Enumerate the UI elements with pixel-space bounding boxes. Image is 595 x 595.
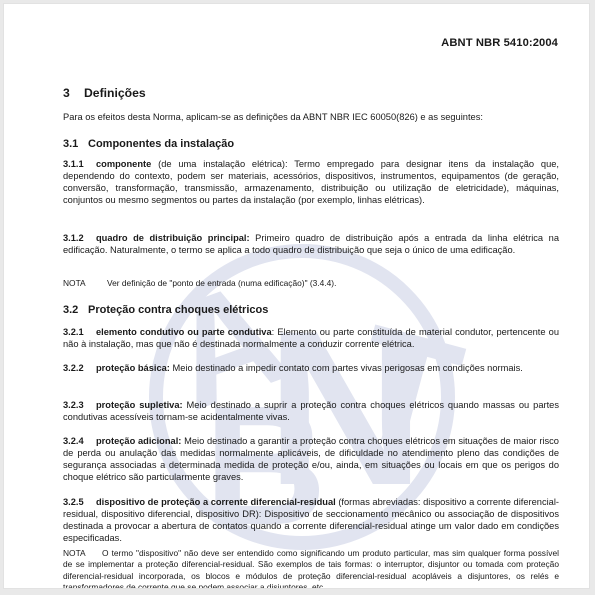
- definition-3-2-1: 3.2.1elemento condutivo ou parte conduti…: [63, 327, 559, 351]
- definition-text: Meio destinado a impedir contato com par…: [170, 363, 523, 373]
- definition-number: 3.2.5: [63, 497, 96, 509]
- note-text: Ver definição de "ponto de entrada (numa…: [107, 278, 336, 288]
- definition-term: proteção supletiva:: [96, 400, 183, 410]
- definition-term: elemento condutivo ou parte condutiva: [96, 327, 272, 337]
- section-title: Definições: [84, 86, 146, 100]
- definition-number: 3.1.1: [63, 159, 96, 171]
- definition-term: proteção básica:: [96, 363, 170, 373]
- definition-number: 3.1.2: [63, 233, 96, 245]
- section-number: 3: [63, 86, 84, 100]
- definition-3-2-3: 3.2.3proteção supletiva: Meio destinado …: [63, 400, 559, 424]
- subsection-title: Componentes da instalação: [88, 138, 234, 150]
- definition-3-2-5: 3.2.5dispositivo de proteção a corrente …: [63, 497, 559, 545]
- definition-3-2-4: 3.2.4proteção adicional: Meio destinado …: [63, 436, 559, 484]
- definition-number: 3.2.2: [63, 363, 96, 375]
- definition-number: 3.2.1: [63, 327, 96, 339]
- section-intro: Para os efeitos desta Norma, aplicam-se …: [63, 112, 483, 122]
- definition-term: proteção adicional:: [96, 436, 181, 446]
- definition-3-1-2: 3.1.2quadro de distribuição principal: P…: [63, 233, 559, 257]
- definition-number: 3.2.4: [63, 436, 96, 448]
- document-page: A B N T ABNT NBR 5410:2004 3Definições P…: [3, 3, 590, 589]
- definition-3-1-1: 3.1.1componente (de uma instalação elétr…: [63, 159, 559, 207]
- subsection-heading: 3.1Componentes da instalação: [63, 138, 234, 150]
- definition-number: 3.2.3: [63, 400, 96, 412]
- running-header: ABNT NBR 5410:2004: [441, 37, 558, 49]
- note-label: NOTA: [63, 278, 107, 289]
- note-3-1: NOTAVer definição de "ponto de entrada (…: [63, 278, 559, 289]
- subsection-heading: 3.2Proteção contra choques elétricos: [63, 304, 268, 316]
- definition-term: dispositivo de proteção a corrente difer…: [96, 497, 336, 507]
- note-label: NOTA: [63, 548, 102, 559]
- note-3-2: NOTAO termo "dispositivo" não deve ser e…: [63, 548, 559, 589]
- subsection-title: Proteção contra choques elétricos: [88, 304, 268, 316]
- definition-3-2-2: 3.2.2proteção básica: Meio destinado a i…: [63, 363, 559, 375]
- note-text: O termo "dispositivo" não deve ser enten…: [63, 548, 559, 589]
- definition-term: quadro de distribuição principal:: [96, 233, 250, 243]
- definition-term: componente: [96, 159, 151, 169]
- subsection-number: 3.1: [63, 138, 88, 150]
- section-heading: 3Definições: [63, 86, 146, 100]
- subsection-number: 3.2: [63, 304, 88, 316]
